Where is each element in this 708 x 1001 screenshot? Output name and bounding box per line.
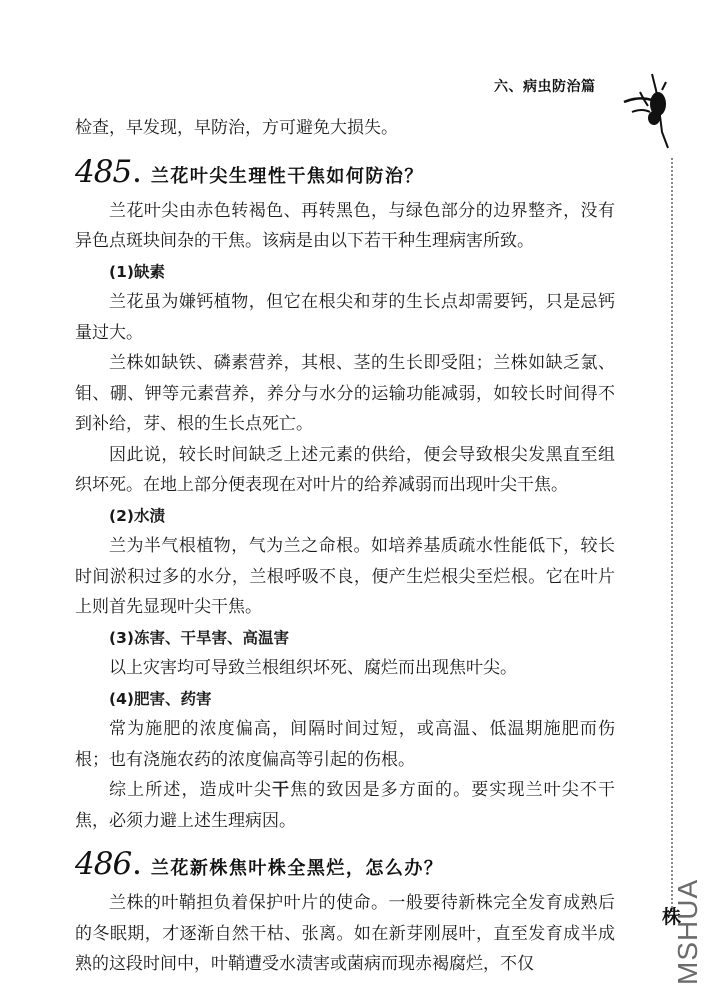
watermark: MSHUA	[672, 879, 704, 985]
question-number: 485	[75, 154, 131, 190]
text-run: 综上所述，造成叶尖	[109, 780, 272, 800]
paragraph: 因此说，较长时间缺乏上述元素的供给，便会导致根尖发黑直至组织坏死。在地上部分便表…	[75, 440, 615, 501]
page-body: 检查，早发现，早防治，方可避免大损失。 485 . 兰花叶尖生理性干焦如何防治？…	[75, 113, 615, 980]
paragraph: 兰株的叶鞘担负着保护叶片的使命。一般要待新株完全发育成熟后的冬眠期，才逐渐自然干…	[75, 888, 615, 980]
question-485-heading: 485 . 兰花叶尖生理性干焦如何防治？	[75, 154, 615, 192]
question-486-heading: 486 . 兰花新株焦叶株全黑烂，怎么办？	[75, 846, 615, 884]
paragraph: 兰花叶尖由赤色转褐色、再转黑色，与绿色部分的边界整齐，没有异色点斑块间杂的干焦。…	[75, 196, 615, 257]
question-number: 486	[75, 846, 131, 882]
running-head: 六、病虫防治篇	[494, 76, 596, 96]
paragraph: 以上灾害均可导致兰根组织坏死、腐烂而出现焦叶尖。	[75, 653, 615, 684]
summary-paragraph: 综上所述，造成叶尖干焦的致因是多方面的。要实现兰叶尖不干焦，必须力避上述生理病因…	[75, 775, 615, 836]
question-dot: .	[133, 162, 141, 188]
orchid-ornament-icon	[622, 72, 672, 150]
paragraph: 兰株如缺铁、磷素营养，其根、茎的生长即受阻；兰株如缺乏氯、钼、硼、钾等元素营养，…	[75, 348, 615, 440]
question-title: 兰花叶尖生理性干焦如何防治？	[151, 162, 424, 188]
subheading: (2)水渍	[75, 501, 615, 532]
subheading: (3)冻害、干旱害、高温害	[75, 623, 615, 654]
paragraph: 兰为半气根植物，气为兰之命根。如培养基质疏水性能低下，较长时间淤积过多的水分，兰…	[75, 531, 615, 623]
subheading: (4)肥害、药害	[75, 684, 615, 715]
paragraph: 兰花虽为嫌钙植物，但它在根尖和芽的生长点却需要钙，只是忌钙量过大。	[75, 287, 615, 348]
question-dot: .	[133, 854, 141, 880]
emphasized-char: 干	[272, 780, 290, 800]
question-title: 兰花新株焦叶株全黑烂，怎么办？	[151, 854, 444, 880]
paragraph: 常为施肥的浓度偏高，间隔时间过短，或高温、低温期施肥而伤根；也有浇施农药的浓度偏…	[75, 714, 615, 775]
margin-dotted-rule	[671, 158, 673, 908]
lead-paragraph: 检查，早发现，早防治，方可避免大损失。	[75, 113, 615, 144]
subheading: (1)缺素	[75, 257, 615, 288]
